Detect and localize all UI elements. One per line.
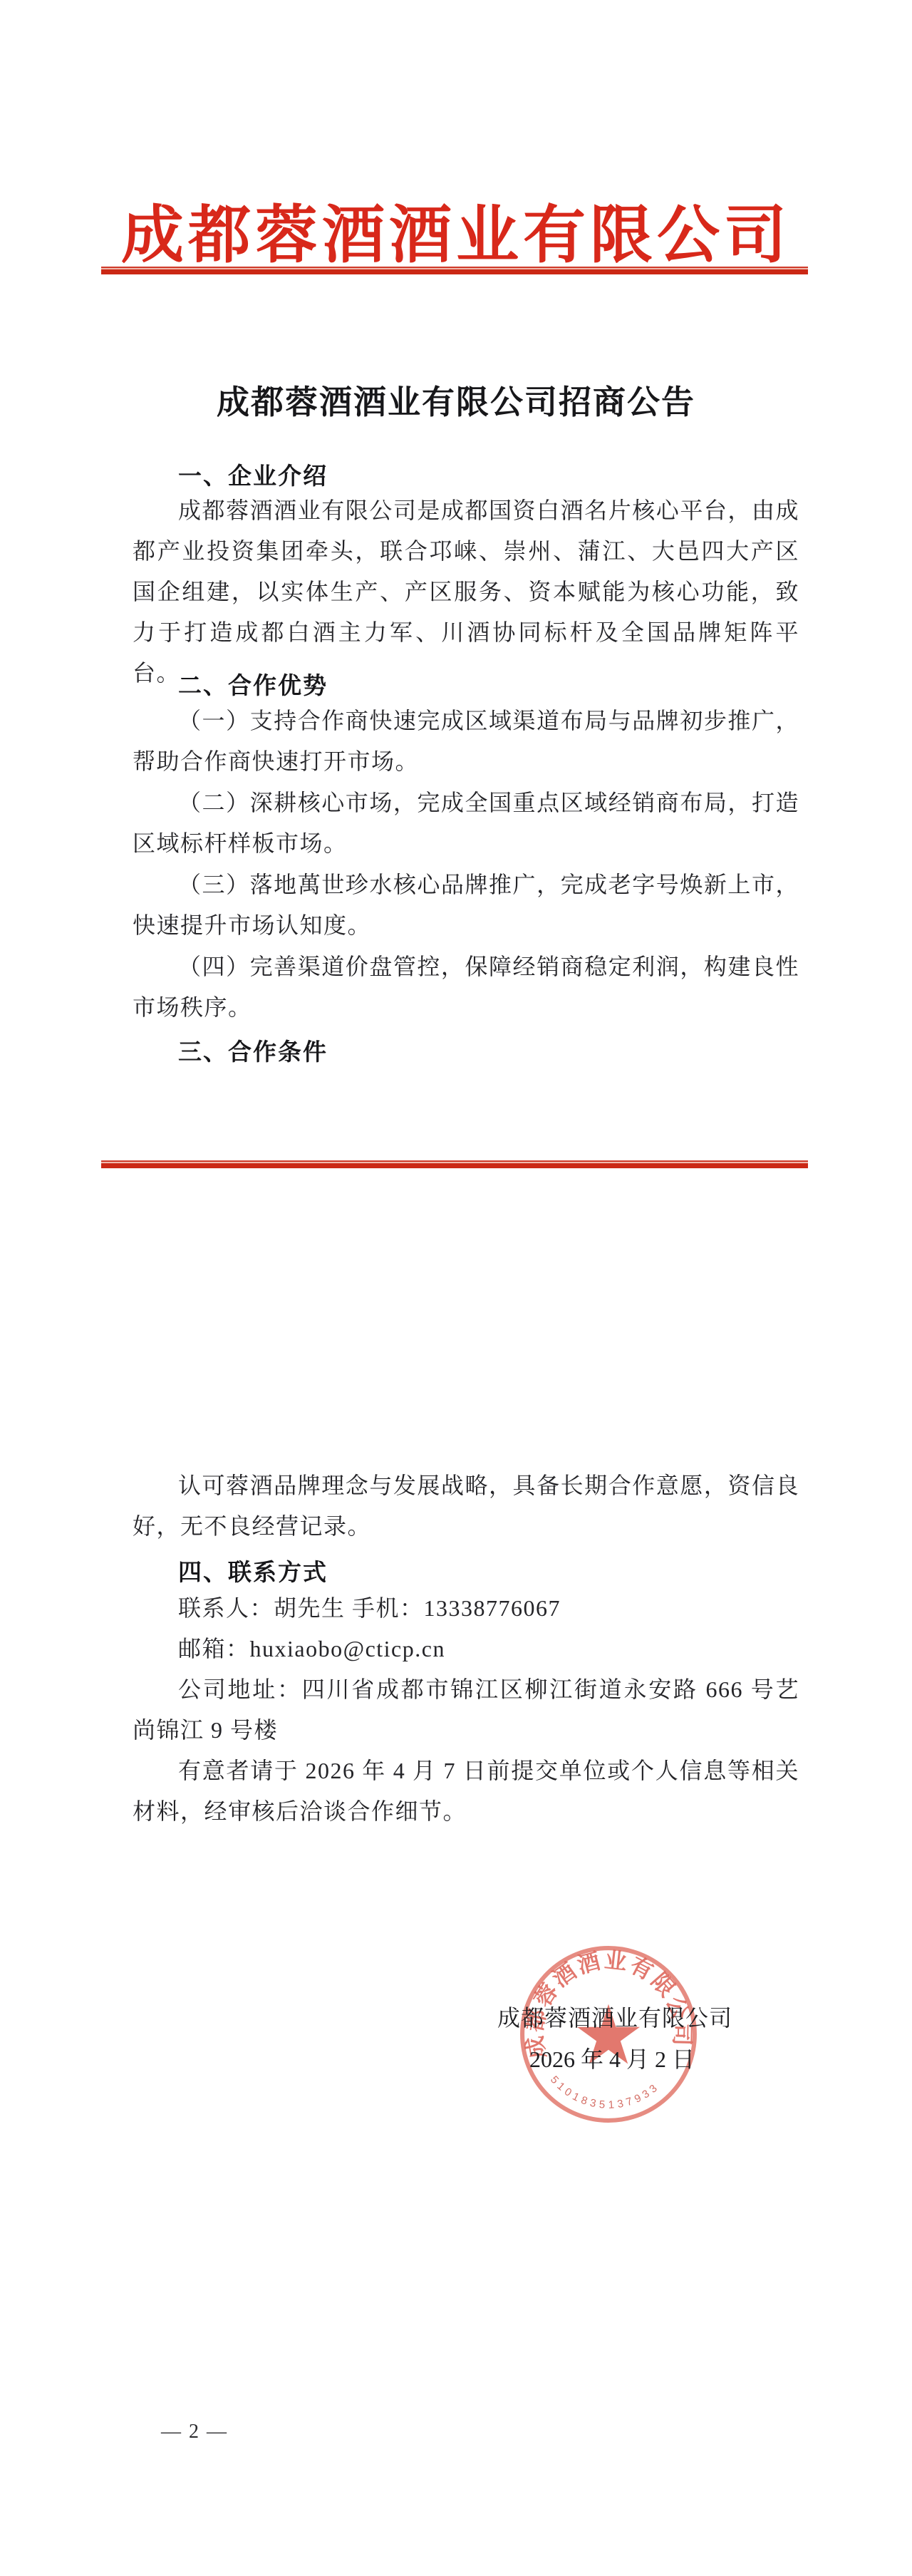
contact-email-line: 邮箱：huxiaobo@cticp.cn <box>133 1629 799 1669</box>
page-title: 成都蓉酒酒业有限公司招商公告 <box>0 376 912 423</box>
page-number: — 2 — <box>161 2421 228 2443</box>
paragraph-advantage-2: （二）深耕核心市场，完成全国重点区域经销商布局，打造区域标杆样板市场。 <box>133 783 799 864</box>
letterhead-company-title: 成都蓉酒酒业有限公司 <box>0 185 912 275</box>
paragraph-intro: 成都蓉酒酒业有限公司是成都国资白酒名片核心平台，由成都产业投资集团牵头，联合邛崃… <box>133 490 799 694</box>
seal-graphic: 成都蓉酒酒业有限公司 5101835137933 <box>515 1941 702 2128</box>
paragraph-advantage-4: （四）完善渠道价盘管控，保障经销商稳定利润，构建良性市场秩序。 <box>133 947 799 1028</box>
paragraph-advantage-3: （三）落地萬世珍水核心品牌推广，完成老字号焕新上市，快速提升市场认知度。 <box>133 865 799 946</box>
signature-company-name: 成都蓉酒酒业有限公司 <box>497 2000 727 2033</box>
section-heading-contact: 四、联系方式 <box>178 1554 328 1587</box>
section-heading-intro: 一、企业介绍 <box>178 458 328 491</box>
section-heading-conditions: 三、合作条件 <box>178 1034 328 1067</box>
letterhead-divider <box>101 267 808 275</box>
deadline-line: 有意者请于 2026 年 4 月 7 日前提交单位或个人信息等相关材料，经审核后… <box>133 1751 799 1832</box>
seal-code: 5101835137933 <box>548 2073 663 2111</box>
company-seal-stamp: 成都蓉酒酒业有限公司 5101835137933 <box>515 1941 702 2128</box>
signature-date: 2026 年 4 月 2 日 <box>497 2041 727 2074</box>
paragraph-advantage-1: （一）支持合作商快速完成区域渠道布局与品牌初步推广，帮助合作商快速打开市场。 <box>133 701 799 782</box>
svg-text:5101835137933: 5101835137933 <box>548 2073 663 2111</box>
contact-person-line: 联系人：胡先生 手机：13338776067 <box>133 1588 799 1629</box>
section-heading-advantages: 二、合作优势 <box>178 667 328 701</box>
page-break-divider <box>101 1160 808 1169</box>
paragraph-conditions: 认可蓉酒品牌理念与发展战略，具备长期合作意愿，资信良好，无不良经营记录。 <box>133 1465 799 1547</box>
contact-address-line: 公司地址：四川省成都市锦江区柳江街道永安路 666 号艺尚锦江 9 号楼 <box>133 1669 799 1751</box>
